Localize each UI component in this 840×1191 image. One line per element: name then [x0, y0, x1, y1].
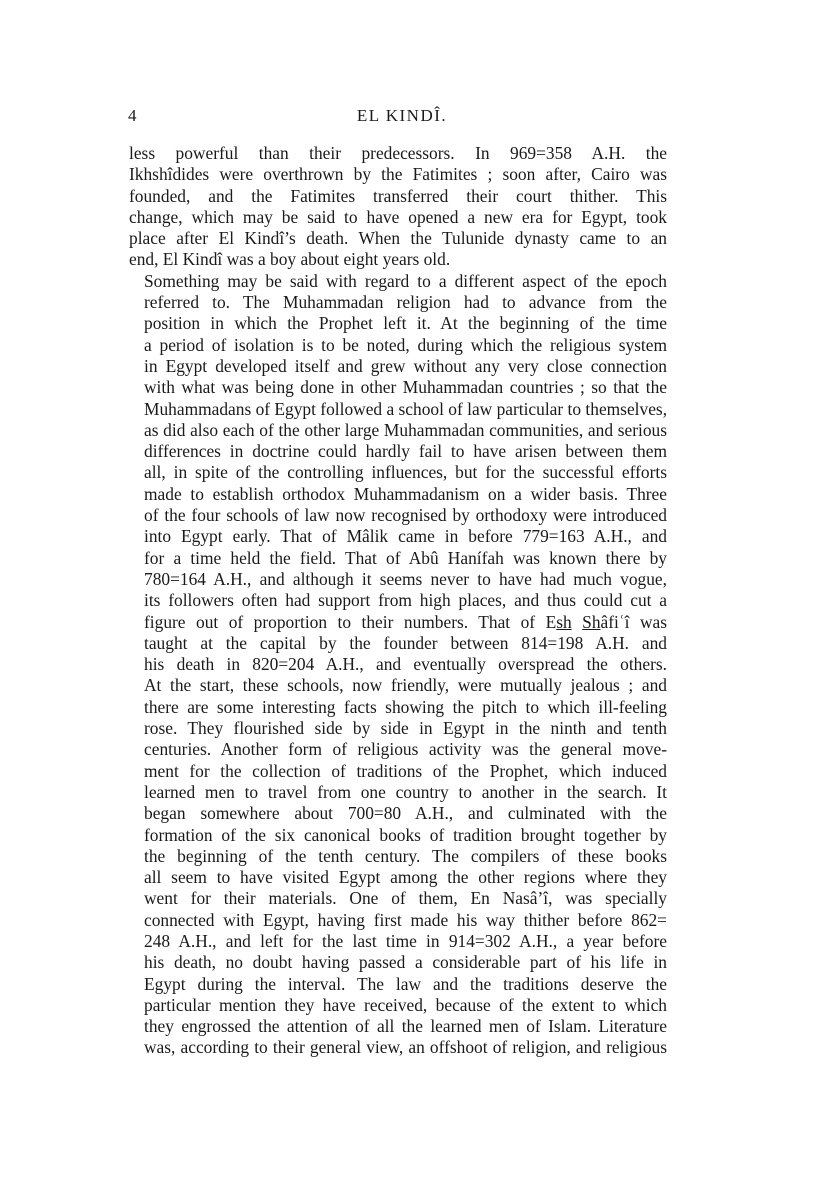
paragraph: Something may be said with regard to a d…: [129, 271, 667, 1059]
text-line: Ikhshîdides were overthrown by the Fatim…: [129, 164, 667, 185]
text-line: position in which the Prophet left it. A…: [129, 313, 667, 334]
text-line: into Egypt early. That of Mâlik came in …: [129, 526, 667, 547]
text-line: was, according to their general view, an…: [129, 1037, 667, 1058]
text-line: went for their materials. One of them, E…: [129, 888, 667, 909]
running-header: 4 EL KINDÎ.: [129, 106, 667, 128]
text-line: At the start, these schools, now friendl…: [129, 675, 667, 696]
text-line: his death in 820=204 A.H., and eventuall…: [129, 654, 667, 675]
text-line: his death, no doubt having passed a cons…: [129, 952, 667, 973]
text-line: learned men to travel from one country t…: [129, 782, 667, 803]
text-line: with what was being done in other Muhamm…: [129, 377, 667, 398]
text-line: of the four schools of law now recognise…: [129, 505, 667, 526]
body-text: less powerful than their predecessors. I…: [129, 143, 667, 1059]
running-title: EL KINDÎ.: [129, 106, 667, 126]
text-line: particular mention they have received, b…: [129, 995, 667, 1016]
text-line: change, which may be said to have opened…: [129, 207, 667, 228]
text-line: rose. They flourished side by side in Eg…: [129, 718, 667, 739]
text-line: all seem to have visited Egypt among the…: [129, 867, 667, 888]
text-line: referred to. The Muhammadan religion had…: [129, 292, 667, 313]
paragraph: less powerful than their predecessors. I…: [129, 143, 667, 271]
underlined-transliteration: sh: [556, 612, 571, 632]
text-line: made to establish orthodox Muhammadanism…: [129, 484, 667, 505]
text-line: centuries. Another form of religious act…: [129, 739, 667, 760]
text-line: end, El Kindî was a boy about eight year…: [129, 249, 667, 270]
text-line: began somewhere about 700=80 A.H., and c…: [129, 803, 667, 824]
text-line: ment for the collection of traditions of…: [129, 761, 667, 782]
text-line: there are some interesting facts showing…: [129, 697, 667, 718]
text-line: its followers often had support from hig…: [129, 590, 667, 611]
text-line: as did also each of the other large Muha…: [129, 420, 667, 441]
text-line: connected with Egypt, having first made …: [129, 910, 667, 931]
text-line: Muhammadans of Egypt followed a school o…: [129, 399, 667, 420]
underlined-transliteration: Sh: [582, 612, 600, 632]
text-line: founded, and the Fatimites transferred t…: [129, 186, 667, 207]
text-line: taught at the capital by the founder bet…: [129, 633, 667, 654]
text-line: Egypt during the interval. The law and t…: [129, 974, 667, 995]
text-line: a period of isolation is to be noted, du…: [129, 335, 667, 356]
text-line: for a time held the field. That of Abû H…: [129, 548, 667, 569]
text-line: all, in spite of the controlling influen…: [129, 462, 667, 483]
text-line: in Egypt developed itself and grew witho…: [129, 356, 667, 377]
text-line: differences in doctrine could hardly fai…: [129, 441, 667, 462]
text-line: Something may be said with regard to a d…: [129, 271, 667, 292]
text-line: figure out of proportion to their number…: [129, 612, 667, 633]
text-line: they engrossed the attention of all the …: [129, 1016, 667, 1037]
text-line: 780=164 A.H., and although it seems neve…: [129, 569, 667, 590]
text-line: formation of the six canonical books of …: [129, 825, 667, 846]
text-line: place after El Kindî’s death. When the T…: [129, 228, 667, 249]
text-line: 248 A.H., and left for the last time in …: [129, 931, 667, 952]
text-line: less powerful than their predecessors. I…: [129, 143, 667, 164]
text-line: the beginning of the tenth century. The …: [129, 846, 667, 867]
